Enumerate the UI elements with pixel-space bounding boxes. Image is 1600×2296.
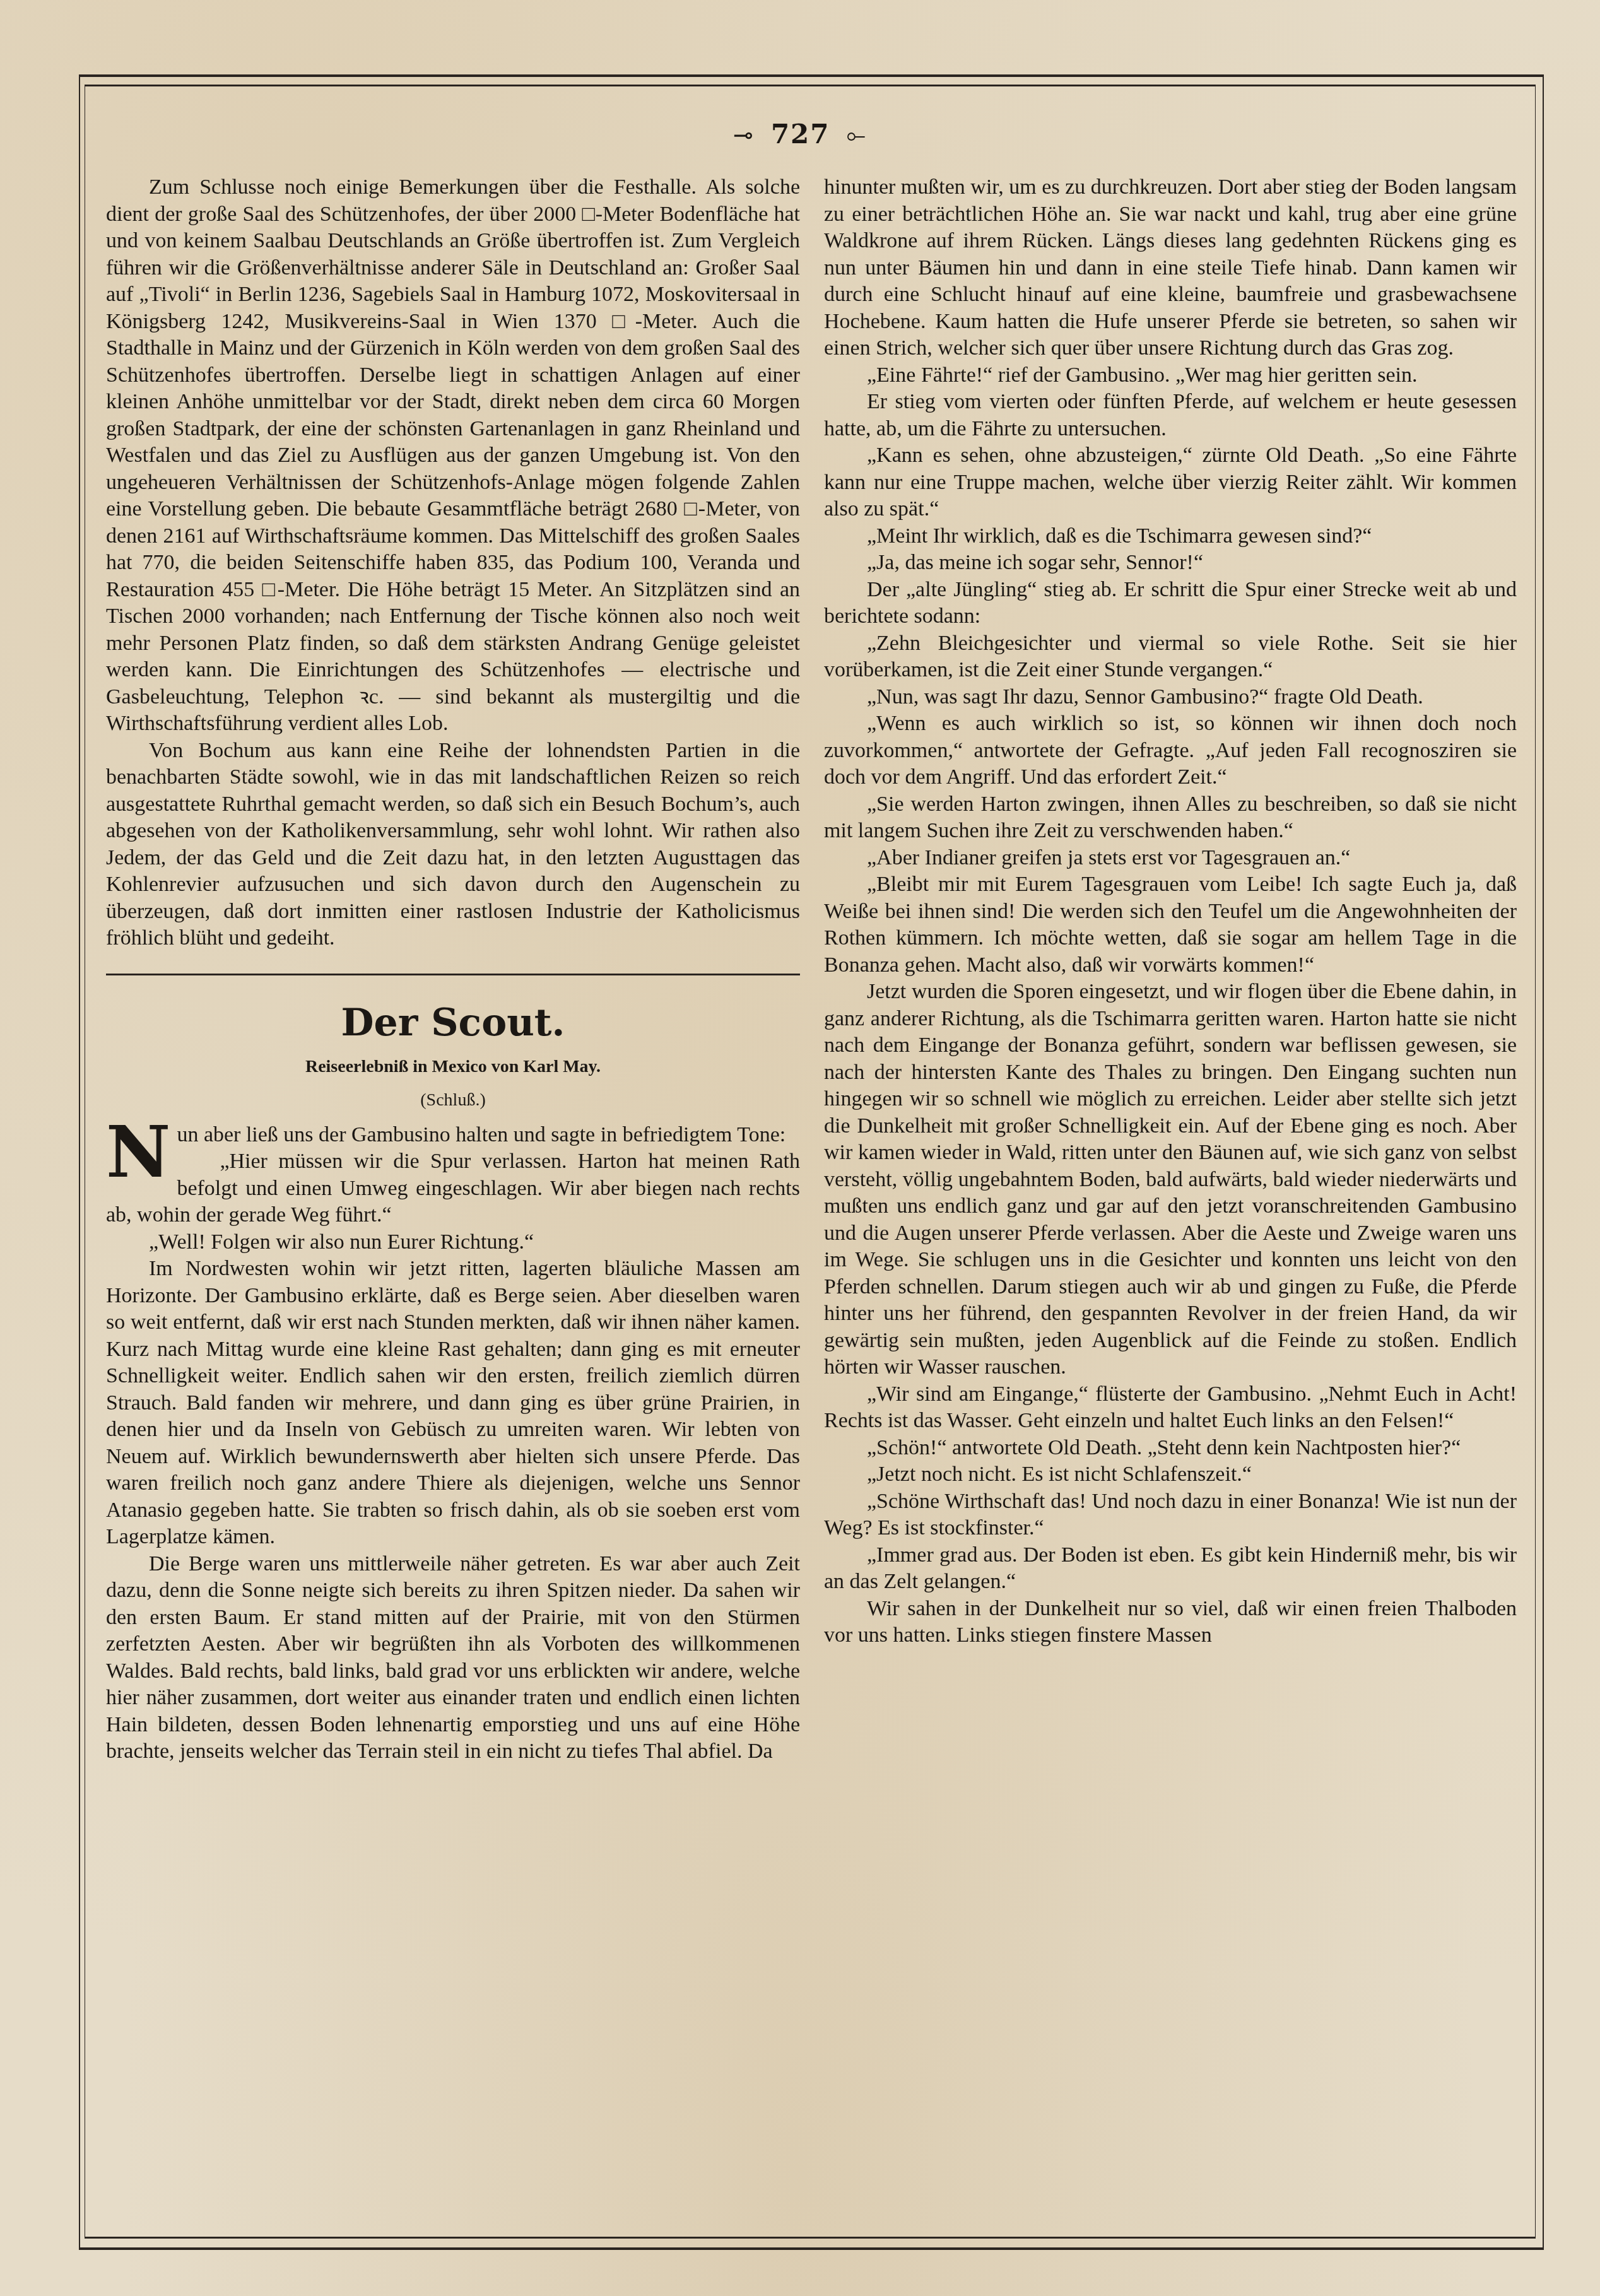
story-paragraph: „Immer grad aus. Der Boden ist eben. Es … [824,1542,1517,1596]
story-paragraph: Er stieg vom vierten oder fünften Pferde… [824,389,1517,442]
left-column: Zum Schlusse noch einige Bemerkungen übe… [106,174,800,1765]
story-paragraph: Im Nordwesten wohin wir jetzt ritten, la… [106,1256,800,1551]
story-paragraph: „Nun, was sagt Ihr dazu, Sennor Gambusin… [824,684,1517,711]
story-paragraph: „Meint Ihr wirklich, daß es die Tschimar… [824,523,1517,550]
story-title: Der Scout. [106,1001,800,1045]
story-paragraph: „Jetzt noch nicht. Es ist nicht Schlafen… [824,1461,1517,1488]
festhalle-paragraph: Zum Schlusse noch einige Bemerkungen übe… [106,174,800,738]
page-number: 727 [771,119,830,150]
page-header: ⊸727⟜ [0,119,1600,150]
story-paragraph: „Hier müssen wir die Spur verlassen. Har… [106,1148,800,1229]
story-paragraph: „Aber Indianer greifen ja stets erst vor… [824,845,1517,872]
story-paragraph: „Schöne Wirthschaft das! Und noch dazu i… [824,1488,1517,1542]
story-paragraph: „Zehn Bleichgesichter und viermal so vie… [824,630,1517,684]
story-paragraph: hinunter mußten wir, um es zu durchkreuz… [824,174,1517,362]
story-continuation-label: (Schluß.) [106,1083,800,1118]
story-paragraph: „Eine Fährte!“ rief der Gambusino. „Wer … [824,362,1517,389]
story-paragraph: Die Berge waren uns mittlerweile näher g… [106,1551,800,1765]
right-column: hinunter mußten wir, um es zu durchkreuz… [824,174,1517,1649]
story-paragraph: „Well! Folgen wir also nun Eurer Richtun… [106,1229,800,1256]
story-subtitle: Reiseerlebniß in Mexico von Karl May. [106,1051,800,1083]
story-paragraph: Wir sahen in der Dunkelheit nur so viel,… [824,1596,1517,1649]
story-paragraph: „Schön!“ antwortete Old Death. „Steht de… [824,1435,1517,1462]
story-opening-text: un aber ließ uns der Gambusino halten un… [177,1123,785,1146]
story-paragraph: „Ja, das meine ich sogar sehr, Sennor!“ [824,550,1517,577]
story-paragraph: Der „alte Jüngling“ stieg ab. Er schritt… [824,577,1517,630]
story-paragraph: „Sie werden Harton zwingen, ihnen Alles … [824,791,1517,845]
right-ornament-icon: ⟜ [847,121,867,149]
story-paragraph: „Wir sind am Eingange,“ flüsterte der Ga… [824,1381,1517,1435]
story-paragraph: Jetzt wurden die Sporen eingesetzt, und … [824,979,1517,1381]
article-separator [106,974,800,975]
bochum-paragraph: Von Bochum aus kann eine Reihe der lohne… [106,738,800,952]
story-opening-paragraph: Nun aber ließ uns der Gambusino halten u… [106,1122,800,1149]
story-paragraph: „Wenn es auch wirklich so ist, so können… [824,710,1517,791]
left-ornament-icon: ⊸ [733,121,755,149]
drop-cap: N [106,1124,170,1181]
story-paragraph: „Kann es sehen, ohne abzusteigen,“ zürnt… [824,442,1517,523]
story-paragraph: „Bleibt mir mit Eurem Tagesgrauen vom Le… [824,871,1517,979]
